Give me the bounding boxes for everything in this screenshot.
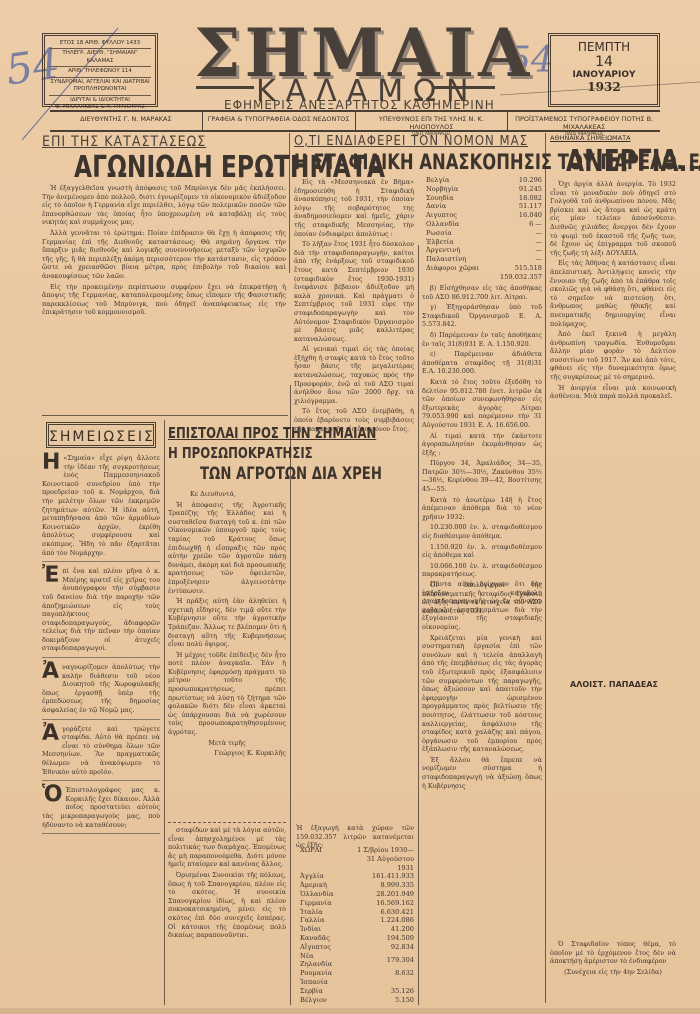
raisin-paragraph: Ἐξ ἄλλου θὰ ἔπρεπε νὰ νομίζωμεν σύστημα … bbox=[422, 756, 542, 790]
exports-row: Γαλλία1.224.086 bbox=[300, 916, 414, 925]
column-divider bbox=[418, 245, 419, 1005]
drop-cap: Ὁ bbox=[42, 786, 63, 804]
stats-row: 159.032.357 bbox=[426, 273, 542, 282]
exports-row: Νέα Ζηλανδία179.304 bbox=[300, 952, 414, 970]
staff-strip: ΔΙΕΥΘΥΝΤΗΣ Γ. Ν. ΜΑΡΑΚΑΣ ΓΡΑΦΕΙΑ & ΤΥΠΟΓ… bbox=[50, 110, 660, 132]
drop-cap: Ἀ bbox=[42, 725, 59, 743]
newspaper-page: 54 54 ΕΤΟΣ 18 ΑΡΙΘ. ΦΥΛΛΟΥ 1433 ΤΗΛΕΓΡ. … bbox=[0, 0, 700, 1014]
main-article-body: Ἡ ἐξαγγελθεῖσα γνωστὴ ἀπόφασις τοῦ Μπρύν… bbox=[42, 184, 286, 319]
exports-row: Ὁλλανδία28.201.949 bbox=[300, 890, 414, 899]
stats-row: Αιγυπτος16.040 bbox=[426, 211, 542, 220]
stats-row: Ολλανδία6 — bbox=[426, 220, 542, 229]
strip-editor: ΥΠΕΥΘΥΝΟΣ ΕΠΙ ΤΗΣ ΥΛΗΣ Ν. Κ. ΗΛΙΟΠΟΥΛΟΣΟ… bbox=[355, 112, 508, 130]
strip-director: ΔΙΕΥΘΥΝΤΗΣ Γ. Ν. ΜΑΡΑΚΑΣ bbox=[50, 112, 202, 130]
strip-offices: ΓΡΑΦΕΙΑ & ΤΥΠΟΓΡΑΦΕΙΑ ΟΔΟΣ ΝΕΔΟΝΤΟΣ bbox=[202, 112, 355, 130]
stats-row: Ρωσσία— bbox=[426, 229, 542, 238]
date-year: 1932 bbox=[551, 80, 657, 94]
raisin-middle-body: β) Εἰσήχθησαν εἰς τὰς ἀποθήκας τοῦ ΑΣΟ 8… bbox=[422, 284, 542, 617]
strip-print-manager: ΠΡΟΪΣΤΑΜΕΝΟΣ ΤΥΠΟΓΡΑΦΕΙΟΥ ΠΟΤΗΣ Β. ΜΙΧΑΛ… bbox=[507, 112, 660, 130]
letter-headline-1: Η ΠΡΟΣΩΠΟΚΡΑΤΗΣΙΣ bbox=[168, 444, 313, 462]
column-divider bbox=[164, 420, 165, 1005]
raisin-col3-body: Πάντα αὐτὰ δείχνουν ὅτι δὲν ὑπῆρξεν ἡ κα… bbox=[422, 580, 542, 792]
stats-row: Δανία51.117 bbox=[426, 202, 542, 211]
stats-row: Ἀργεντινή— bbox=[426, 246, 542, 255]
title-rule-right bbox=[433, 86, 495, 89]
note-item: Ὁ Ἐπιστολογράφος μας κ. Κορκιλῆς ἔχει δί… bbox=[42, 786, 160, 834]
drop-cap: Η bbox=[42, 454, 60, 472]
date-day: 14 bbox=[551, 54, 657, 70]
notes-heading: ΣΗΜΕΙΩΣΕΙΣ bbox=[46, 422, 156, 448]
raisin-paragraph: 10.230.000 ἑν. λ. σταφιδοθέσμου εἰς διαθ… bbox=[422, 523, 542, 540]
drop-cap: Ἀ bbox=[42, 663, 59, 681]
exports-row: Ἰνδίαι41.200 bbox=[300, 925, 414, 934]
raisin-stats-table: Βελγία10.296Νορβηγία91.245Σουηδία18.082Δ… bbox=[426, 176, 542, 282]
exports-row: Σερβία35.126 bbox=[300, 987, 414, 996]
drop-cap: Ἐ bbox=[42, 567, 59, 585]
subscription-note: ΣΥΝΔΡΟΜΑΙ, ΑΓΓΕΛΙΑΙ ΚΑΙ ΔΙΑΤΡΙΒΑΙ ΠΡΟΠΛΗ… bbox=[49, 78, 151, 96]
letter-kicker: ΕΠΙΣΤΟΛΑΙ ΠΡΟΣ ΤΗΝ ΣΗΜΑΙΑΝ bbox=[168, 424, 376, 442]
exports-row: Αἴγυπτος92.834 bbox=[300, 943, 414, 952]
telegraph-address: ΤΗΛΕΓΡ. ΔΙΕΥΘ. "ΣΗΜΑΙΑΝ" ΚΑΛΑΜΑΣ bbox=[49, 49, 151, 67]
exports-row: Ἰσπανία bbox=[300, 978, 414, 987]
letter-body: Κε Διευθυντά, Ἡ ἀπόφασις τῆς Ἀγροτικῆς Τ… bbox=[168, 490, 286, 760]
anergia-kicker: ΑΘΗΝΑΪΚΑ ΣΗΜΕΙΩΜΑΤΑ bbox=[550, 134, 631, 142]
exports-col-period: 1 Σ/βρίου 1930— bbox=[348, 846, 414, 855]
letter-after-body: σταφίδων καὶ μὲ τὰ λόγια αὐτῶν, εἶναι ἀπ… bbox=[168, 822, 286, 942]
raisin-paragraph: Κατὰ τὸ ἔτος τοῦτο ἐξεδόθη τὸ δελτίον 95… bbox=[422, 378, 542, 430]
raisin-paragraph: δ) Παρέμειναν ἐν ταῖς ἀποθήκαις ἐν ταῖς … bbox=[422, 331, 542, 348]
masthead-info-box: ΕΤΟΣ 18 ΑΡΙΘ. ΦΥΛΛΟΥ 1433 ΤΗΛΕΓΡ. ΔΙΕΥΘ.… bbox=[42, 33, 158, 107]
anergia-body: Ὄχι ἀργία ἀλλὰ ἀνεργία. Τὸ 1932 εἶναι τὸ… bbox=[550, 180, 676, 403]
note-item: Ἀγοράζετε καὶ τρώγετε σταφίδα. Αὐτὸ θὰ π… bbox=[42, 725, 160, 782]
raisin-paragraph: ε) Παρέμειναν ἀδιάθετα ἀποθέματα σταφίδο… bbox=[422, 350, 542, 376]
stats-row: Παλαιστίνη— bbox=[426, 255, 542, 264]
letter-headline-2: ΤΩΝ ΑΓΡΟΤΩΝ ΔΙΑ ΧΡΕΗ bbox=[200, 464, 382, 484]
stats-row: Βελγία10.296 bbox=[426, 176, 542, 185]
exports-row: Καναδᾶς194.509 bbox=[300, 934, 414, 943]
raisin-intro: Εἰς τὰ «Μεσσηνιακὰ ἐν Βήμα» ἐδημοσιεύθη … bbox=[294, 178, 414, 435]
title-rule-left bbox=[196, 86, 254, 89]
anergia-headline: ΑΝΕΡΓΙΑ... bbox=[566, 144, 700, 179]
exports-row: Γερμανία16.569.162 bbox=[300, 899, 414, 908]
note-item: Η «Σημαία» εἶχε ρίψη ἄλλοτε τὴν ἰδέαν τῆ… bbox=[42, 454, 160, 562]
exports-row: Βέλγιον5.150 bbox=[300, 996, 414, 1005]
raisin-paragraph: 1.150.920 ἑν. λ. σταφιδοθέσμου εἰς ἀπόθε… bbox=[422, 543, 542, 560]
anergia-end: Ὁ Σταφιδαῖον τόπος θέμα, τὸ ὁποῖον μὲ τὸ… bbox=[550, 940, 676, 978]
raisin-paragraph: 10.066.100 ἑν. λ. σταφιδοθέσμου παρακρατ… bbox=[422, 562, 542, 579]
phone-number: ΑΡΙΘ. ΤΗΛΕΦΩΝΟΥ 114 bbox=[49, 67, 151, 77]
issue-info: ΕΤΟΣ 18 ΑΡΙΘ. ΦΥΛΛΟΥ 1433 bbox=[49, 39, 151, 49]
exports-table: ΧΩΡΑΙ1 Σ/βρίου 1930— 31 Αὐγούστου 1931 Ἀ… bbox=[300, 846, 414, 1004]
founders-label: ΙΔΡΥΤΑΙ & ΙΔΙΟΚΤΗΤΑΙ bbox=[70, 97, 130, 103]
anergia-signature: ΑΛΟΙΣΤ. ΠΑΠΑΔΕΑΣ bbox=[570, 680, 658, 689]
raisin-paragraph: Χρειάζεται μία γενικὴ καὶ συστηματικὴ ἐρ… bbox=[422, 634, 542, 754]
raisin-paragraph: Πάντα αὐτὰ δείχνουν ὅτι δὲν ὑπῆρξεν ἡ κα… bbox=[422, 580, 542, 632]
date-weekday: ΠΕΜΠΤΗ bbox=[551, 40, 657, 54]
raisin-paragraph: γ) Ἐξηγοράσθησαν ὑπὸ τοῦ Σταφιδικοῦ Ὀργα… bbox=[422, 303, 542, 329]
date-box: ΠΕΜΠΤΗ 14 ΙΑΝΟΥΑΡΙΟΥ 1932 bbox=[548, 33, 660, 107]
note-item: Ἐπὶ ἕνα καὶ πλέον μῆνα ὁ κ. Μπέρης κρατε… bbox=[42, 567, 160, 658]
raisin-paragraph: Κατὰ τὸ ἀνωτέρω 14ῆ ἡ ἔτος ἀπέμειναν ἀπό… bbox=[422, 496, 542, 522]
stats-row: Νορβηγία91.245 bbox=[426, 185, 542, 194]
exports-row: Ρουμανία8.632 bbox=[300, 969, 414, 978]
notes-body: Η «Σημαία» εἶχε ρίψη ἄλλοτε τὴν ἰδέαν τῆ… bbox=[42, 454, 160, 839]
section-rule bbox=[42, 415, 288, 416]
raisin-paragraph: Αἱ τιμαὶ κατὰ τὴν ἐκάστοτε ἀγοραπωλησίαν… bbox=[422, 432, 542, 458]
main-article-kicker: ΕΠΙ ΤΗΣ ΚΑΤΑΣΤΑΣΕΩΣ bbox=[42, 134, 206, 150]
note-item: Ἀναγνωρίζομεν ἀπολύτως τὴν καλὴν διάθεσι… bbox=[42, 663, 160, 720]
stats-row: Διάφοροι χῶραι515.518 bbox=[426, 264, 542, 273]
raisin-paragraph: β) Εἰσήχθησαν εἰς τὰς ἀποθήκας τοῦ ΑΣΟ 8… bbox=[422, 284, 542, 301]
continued-note: (Συνέχεια εἰς τὴν 4ην Σελίδα) bbox=[550, 968, 676, 977]
exports-row: Ἀγγλία161.411.933 bbox=[300, 872, 414, 881]
raisin-paragraph: Πύργου 34, Ἀμαλιάδος 34—35, Πατρῶν 30½—3… bbox=[422, 459, 542, 493]
page-bottom-edge bbox=[0, 1008, 700, 1014]
exports-col-country: ΧΩΡΑΙ bbox=[300, 846, 348, 855]
column-divider bbox=[545, 133, 546, 1003]
exports-row: Ἀμερική8.999.335 bbox=[300, 881, 414, 890]
stats-row: Ἑλβετία— bbox=[426, 238, 542, 247]
date-month: ΙΑΝΟΥΑΡΙΟΥ bbox=[551, 70, 657, 80]
raisin-kicker: Ο,ΤΙ ΕΝΔΙΑΦΕΡΕΙ ΤΟΝ ΝΟΜΟΝ ΜΑΣ bbox=[294, 134, 528, 149]
